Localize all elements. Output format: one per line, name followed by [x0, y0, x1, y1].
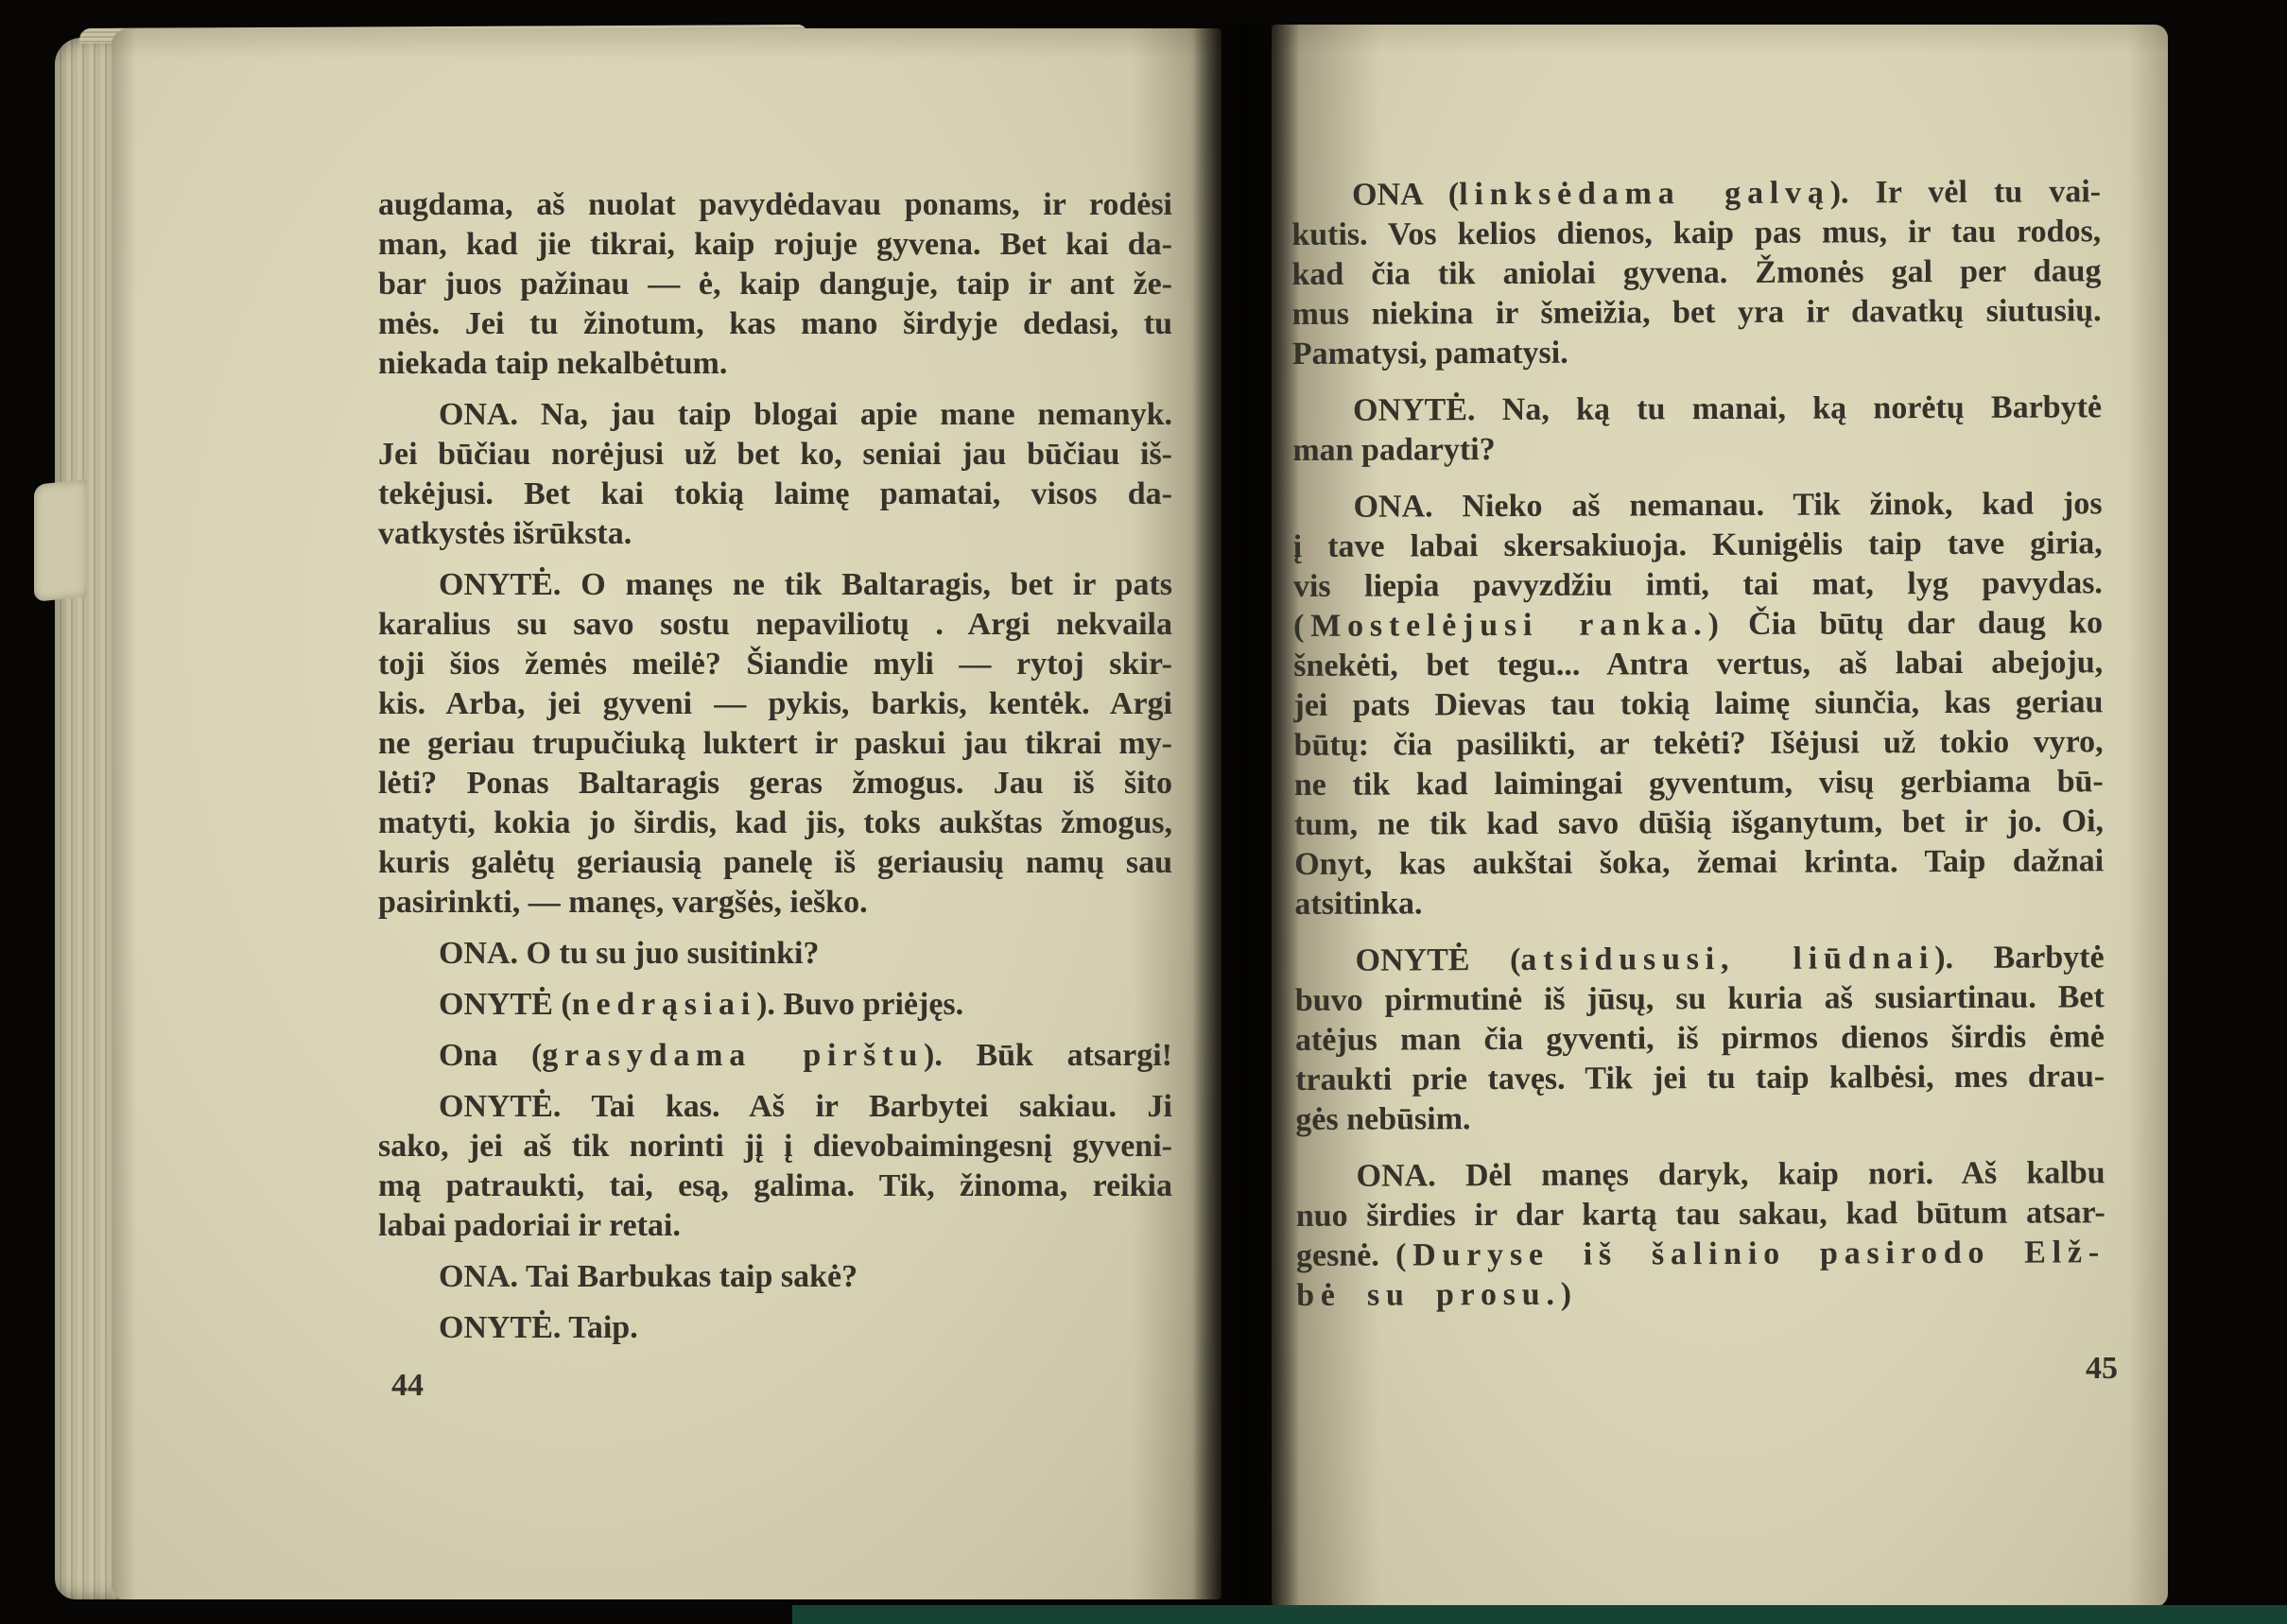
dialogue-text: mės. Jei tu žinotum, kas mano širdyje de…: [378, 306, 1172, 341]
dialogue-text: niekada taip nekalbėtum.: [378, 346, 727, 381]
paragraph: Ona (grasydama pirštu). Būk atsargi!: [378, 1036, 1172, 1076]
dialogue-text: būtų: čia pasilikti, ar tekėti? Išėjusi …: [1294, 724, 2104, 763]
paragraph: ONA. Na, jau taip blogai apie mane neman…: [378, 395, 1172, 554]
text-line: bė su prosu.): [1296, 1272, 2105, 1316]
text-line: man padaryti?: [1292, 427, 2102, 471]
text-line: ONYTĖ (nedrąsiai). Buvo priėjęs.: [378, 985, 1172, 1025]
stage-direction-text: nedrąsiai: [572, 987, 756, 1022]
text-line: tum, ne tik kad savo dūšią išganytum, be…: [1294, 802, 2104, 845]
dialogue-text: ONYTĖ. Tai kas. Aš ir Barbytei sakiau. J…: [439, 1089, 1172, 1124]
dialogue-text: šnekėti, bet tegu... Antra vertus, aš la…: [1293, 645, 2103, 683]
scanner-bed-strip: [792, 1605, 2287, 1624]
dialogue-text: pasirinkti, — manęs, vargšės, ieško.: [378, 885, 868, 920]
text-line: nuo širdies ir dar kartą tau sakau, kad …: [1296, 1193, 2105, 1236]
text-line: ne tik kad laimingai gyventum, visų gerb…: [1294, 762, 2104, 805]
dialogue-text: atėjus man čia gyventi, iš pirmos dienos…: [1295, 1019, 2105, 1058]
text-line: pasirinkti, — manęs, vargšės, ieško.: [378, 883, 1172, 923]
text-line: niekada taip nekalbėtum.: [378, 344, 1172, 384]
text-line: (Mostelėjusi ranka.) Čia būtų dar daug k…: [1293, 603, 2103, 647]
text-line: kutis. Vos kelios dienos, kaip pas mus, …: [1291, 212, 2101, 255]
text-line: karalius su savo sostu nepaviliotų . Arg…: [378, 605, 1172, 645]
dialogue-text: mą patraukti, tai, esą, galima. Tik, žin…: [378, 1168, 1172, 1203]
dialogue-text: kutis. Vos kelios dienos, kaip pas mus, …: [1291, 214, 2101, 252]
dialogue-text: į tave labai skersakiuoja. Kunigėlis tai…: [1293, 526, 2103, 564]
page-edge-notch: [34, 479, 87, 602]
text-line: gės nebūsim.: [1295, 1097, 2105, 1140]
text-line: sako, jei aš tik norinti jį į dievobaimi…: [378, 1127, 1172, 1166]
dialogue-text: ONYTĖ. Taip.: [439, 1310, 638, 1345]
paragraph: ONYTĖ. Na, ką tu manai, ką norėtų Barbyt…: [1292, 388, 2102, 471]
page-number-left: 44: [391, 1369, 424, 1403]
paragraph: ONA (linksėdama galvą). Ir vėl tu vai-ku…: [1291, 172, 2102, 374]
dialogue-text: ONYTĖ. O manęs ne tik Baltaragis, bet ir…: [439, 567, 1172, 602]
dialogue-text: ONA. O tu su juo susitinki?: [439, 936, 819, 971]
dialogue-text: toji šios žemės meilė? Šiandie myli — ry…: [378, 647, 1172, 682]
text-line: ONYTĖ. Tai kas. Aš ir Barbytei sakiau. J…: [378, 1087, 1172, 1127]
text-line: ONYTĖ. O manęs ne tik Baltaragis, bet ir…: [378, 565, 1172, 605]
paragraph: ONA. Nieko aš nemanau. Tik žinok, kad jo…: [1292, 484, 2104, 924]
dialogue-text: atsitinka.: [1294, 886, 1422, 922]
dialogue-text: nuo širdies ir dar kartą tau sakau, kad …: [1296, 1195, 2105, 1234]
dialogue-text: ONA. Na, jau taip blogai apie mane neman…: [439, 397, 1172, 432]
paragraph: ONYTĖ (atsidususi, liūdnai). Barbytėbuvo…: [1295, 938, 2105, 1140]
text-line: ONA. Dėl manęs daryk, kaip nori. Aš kalb…: [1296, 1153, 2105, 1197]
text-line: ONYTĖ (atsidususi, liūdnai). Barbytė: [1295, 938, 2105, 981]
text-line: matyti, kokia jo širdis, kad jis, toks a…: [378, 803, 1172, 843]
text-line: į tave labai skersakiuoja. Kunigėlis tai…: [1293, 524, 2103, 567]
paragraph: ONA. Dėl manęs daryk, kaip nori. Aš kalb…: [1296, 1153, 2106, 1316]
text-line: ONA. O tu su juo susitinki?: [378, 934, 1172, 974]
stage-direction-text: bė su prosu.): [1296, 1277, 1578, 1313]
dialogue-text: buvo pirmutinė iš jūsų, su kuria aš susi…: [1295, 979, 2105, 1018]
dialogue-text: tekėjusi. Bet kai tokią laimę pamatai, v…: [378, 476, 1172, 511]
text-line: mus niekina ir šmeižia, bet yra ir davat…: [1292, 291, 2102, 335]
dialogue-text: labai padoriai ir retai.: [378, 1208, 681, 1243]
text-line: jei pats Dievas tau tokią laimę siunčia,…: [1293, 682, 2103, 726]
dialogue-text: lėti? Ponas Baltaragis geras žmogus. Jau…: [378, 766, 1172, 801]
left-page-text: augdama, aš nuolat pavydėdavau ponams, i…: [378, 185, 1172, 1348]
dialogue-text: jei pats Dievas tau tokią laimę siunčia,…: [1293, 684, 2103, 723]
stage-direction-text: grasydama pirštu: [542, 1038, 924, 1073]
dialogue-text: Čia būtų dar daug ko: [1725, 605, 2104, 642]
text-line: ONYTĖ. Taip.: [378, 1308, 1172, 1348]
page-number-right: 45: [2086, 1352, 2118, 1386]
dialogue-text: ne tik kad laimingai gyventum, visų gerb…: [1294, 764, 2104, 803]
text-line: Jei būčiau norėjusi už bet ko, seniai ja…: [378, 435, 1172, 475]
dialogue-text: kis. Arba, jei gyveni — pykis, barkis, k…: [378, 686, 1172, 721]
text-line: būtų: čia pasilikti, ar tekėti? Išėjusi …: [1294, 722, 2104, 766]
stage-direction-text: (Mostelėjusi ranka.): [1293, 607, 1725, 644]
text-line: kuris galėtų geriausią panelę iš geriaus…: [378, 843, 1172, 883]
dialogue-text: Pamatysi, pamatysi.: [1292, 336, 1568, 371]
text-line: traukti prie tavęs. Tik jei tu taip kalb…: [1295, 1057, 2105, 1100]
stage-direction-text: (Duryse iš šalinio pasirodo Elž-: [1395, 1235, 2105, 1272]
text-line: ONYTĖ. Na, ką tu manai, ką norėtų Barbyt…: [1292, 388, 2102, 431]
dialogue-text: ONYTĖ. Na, ką tu manai, ką norėtų Barbyt…: [1353, 389, 2102, 427]
dialogue-text: sako, jei aš tik norinti jį į dievobaimi…: [378, 1129, 1172, 1164]
paragraph: ONA. O tu su juo susitinki?: [378, 934, 1172, 974]
paragraph: ONYTĖ. Tai kas. Aš ir Barbytei sakiau. J…: [378, 1087, 1172, 1246]
dialogue-text: ONYTĖ (: [1356, 942, 1521, 978]
text-line: lėti? Ponas Baltaragis geras žmogus. Jau…: [378, 764, 1172, 803]
text-line: gesnė. (Duryse iš šalinio pasirodo Elž-: [1296, 1233, 2105, 1276]
dialogue-text: gesnė.: [1296, 1238, 1395, 1273]
dialogue-text: ONA (: [1352, 177, 1459, 212]
dialogue-text: ). Ir vėl tu vai-: [1830, 174, 2102, 210]
text-line: Pamatysi, pamatysi.: [1292, 331, 2102, 374]
text-line: vatkystės išrūksta.: [378, 514, 1172, 554]
dialogue-text: ONYTĖ (: [439, 987, 572, 1022]
dialogue-text: ). Būk atsargi!: [924, 1038, 1172, 1073]
dialogue-text: vatkystės išrūksta.: [378, 516, 632, 551]
text-line: ONA. Na, jau taip blogai apie mane neman…: [378, 395, 1172, 435]
text-line: ONA. Tai Barbukas taip sakė?: [378, 1257, 1172, 1297]
text-line: labai padoriai ir retai.: [378, 1206, 1172, 1246]
dialogue-text: karalius su savo sostu nepaviliotų . Arg…: [378, 607, 1172, 642]
text-line: man, kad jie tikrai, kaip rojuje gyvena.…: [378, 225, 1172, 265]
right-page-text: ONA (linksėdama galvą). Ir vėl tu vai-ku…: [1291, 172, 2105, 1316]
dialogue-text: mus niekina ir šmeižia, bet yra ir davat…: [1292, 293, 2102, 332]
dialogue-text: bar juos pažinau — ė, kaip danguje, taip…: [378, 267, 1172, 302]
text-line: tekėjusi. Bet kai tokią laimę pamatai, v…: [378, 475, 1172, 514]
dialogue-text: traukti prie tavęs. Tik jei tu taip kalb…: [1295, 1059, 2105, 1097]
text-line: mą patraukti, tai, esą, galima. Tik, žin…: [378, 1166, 1172, 1206]
dialogue-text: gės nebūsim.: [1295, 1101, 1470, 1137]
dialogue-text: kuris galėtų geriausią panelę iš geriaus…: [378, 845, 1172, 880]
text-line: bar juos pažinau — ė, kaip danguje, taip…: [378, 265, 1172, 304]
dialogue-text: man padaryti?: [1292, 432, 1496, 468]
paragraph: ONYTĖ. O manęs ne tik Baltaragis, bet ir…: [378, 565, 1172, 923]
text-line: Onyt, kas aukštai šoka, žemai krinta. Ta…: [1294, 841, 2104, 885]
text-line: vis liepia pavyzdžiu imti, tai mat, lyg …: [1293, 563, 2103, 607]
text-line: atsitinka.: [1294, 881, 2104, 924]
dialogue-text: ONA. Dėl manęs daryk, kaip nori. Aš kalb…: [1357, 1155, 2105, 1193]
dialogue-text: ne geriau trupučiuką luktert ir paskui j…: [378, 726, 1172, 761]
text-line: šnekėti, bet tegu... Antra vertus, aš la…: [1293, 643, 2103, 686]
dialogue-text: ONA. Tai Barbukas taip sakė?: [439, 1259, 858, 1294]
dialogue-text: matyti, kokia jo širdis, kad jis, toks a…: [378, 805, 1172, 840]
text-line: toji šios žemės meilė? Šiandie myli — ry…: [378, 645, 1172, 684]
paragraph: ONYTĖ. Taip.: [378, 1308, 1172, 1348]
dialogue-text: augdama, aš nuolat pavydėdavau ponams, i…: [378, 187, 1172, 222]
dialogue-text: Jei būčiau norėjusi už bet ko, seniai ja…: [378, 437, 1172, 472]
text-line: augdama, aš nuolat pavydėdavau ponams, i…: [378, 185, 1172, 225]
text-line: kis. Arba, jei gyveni — pykis, barkis, k…: [378, 684, 1172, 724]
book-gutter: [1193, 23, 1299, 1611]
stage-direction-text: atsidususi, liūdnai: [1520, 941, 1934, 977]
paragraph: ONYTĖ (nedrąsiai). Buvo priėjęs.: [378, 985, 1172, 1025]
stage-direction-text: linksėdama galvą: [1459, 176, 1830, 213]
dialogue-text: vis liepia pavyzdžiu imti, tai mat, lyg …: [1293, 565, 2103, 604]
dialogue-text: tum, ne tik kad savo dūšią išganytum, be…: [1294, 803, 2104, 842]
paragraph: augdama, aš nuolat pavydėdavau ponams, i…: [378, 185, 1172, 384]
book-scan: augdama, aš nuolat pavydėdavau ponams, i…: [0, 0, 2287, 1624]
text-line: ne geriau trupučiuką luktert ir paskui j…: [378, 724, 1172, 764]
text-line: buvo pirmutinė iš jūsų, su kuria aš susi…: [1295, 977, 2105, 1021]
dialogue-text: ). Buvo priėjęs.: [756, 987, 963, 1022]
text-line: ONA (linksėdama galvą). Ir vėl tu vai-: [1291, 172, 2101, 216]
text-line: kad čia tik aniolai gyvena. Žmonės gal p…: [1291, 251, 2101, 295]
text-line: atėjus man čia gyventi, iš pirmos dienos…: [1295, 1017, 2105, 1061]
paragraph: ONA. Tai Barbukas taip sakė?: [378, 1257, 1172, 1297]
text-line: Ona (grasydama pirštu). Būk atsargi!: [378, 1036, 1172, 1076]
text-line: mės. Jei tu žinotum, kas mano širdyje de…: [378, 304, 1172, 344]
dialogue-text: Ona (: [439, 1038, 542, 1073]
dialogue-text: ONA. Nieko aš nemanau. Tik žinok, kad jo…: [1353, 486, 2102, 524]
text-line: ONA. Nieko aš nemanau. Tik žinok, kad jo…: [1292, 484, 2102, 527]
dialogue-text: kad čia tik aniolai gyvena. Žmonės gal p…: [1291, 253, 2101, 292]
dialogue-text: Onyt, kas aukštai šoka, žemai krinta. Ta…: [1294, 843, 2104, 882]
dialogue-text: ). Barbytė: [1934, 940, 2105, 976]
dialogue-text: man, kad jie tikrai, kaip rojuje gyvena.…: [378, 227, 1172, 262]
